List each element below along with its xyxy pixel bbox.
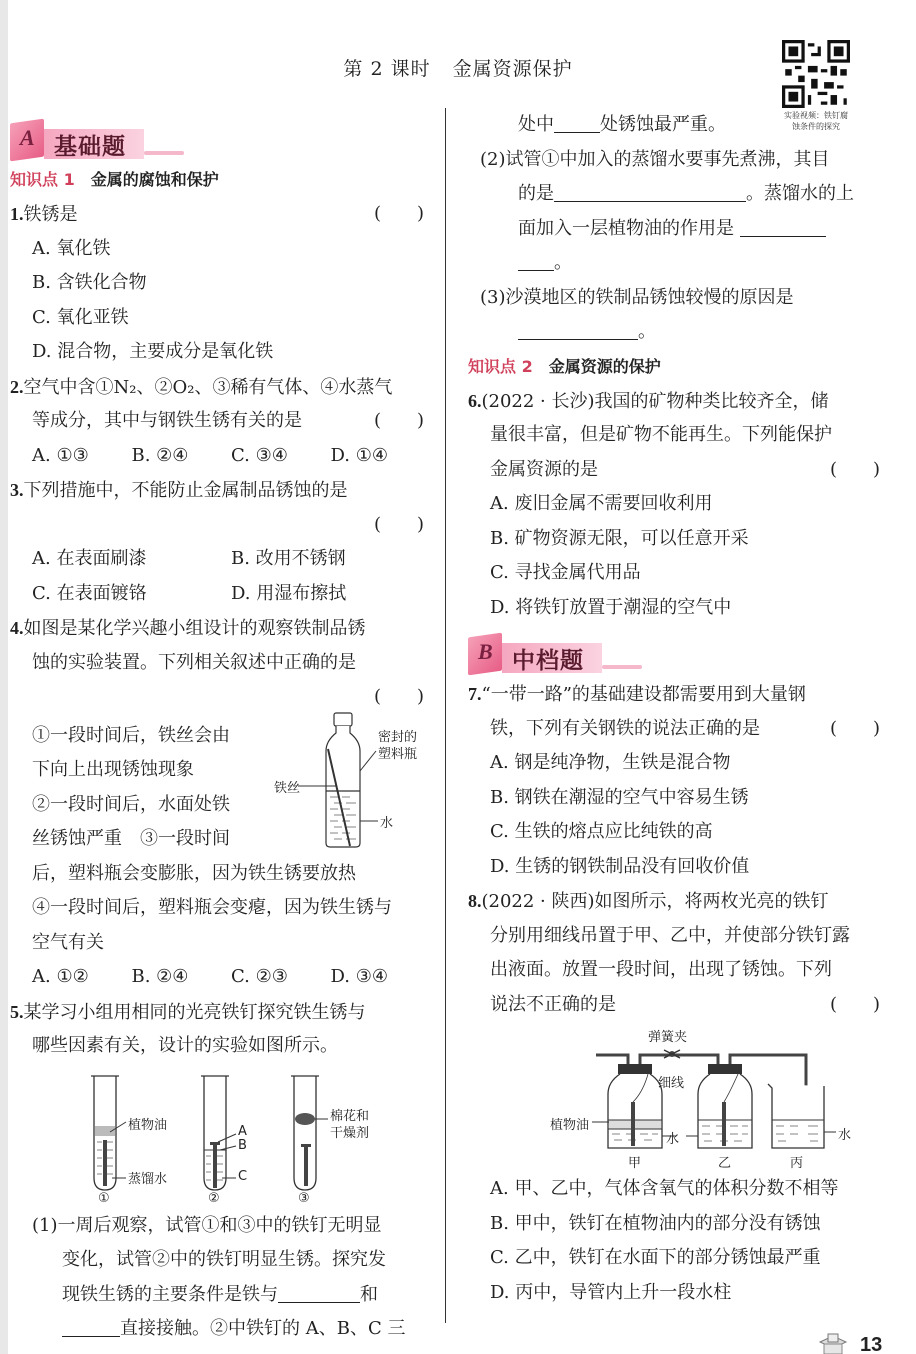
answer-blank[interactable] xyxy=(518,250,554,271)
question-7: 7.“一带一路”的基础建设都需要用到大量钢 铁，下列有关钢铁的说法正确的是() … xyxy=(468,677,886,884)
options-row: A. ①② B. ②④ C. ②③ D. ③④ xyxy=(10,960,430,995)
option-c: C. ②③ xyxy=(231,960,331,995)
answer-blank[interactable] xyxy=(62,1316,120,1337)
option-d: D. ③④ xyxy=(331,960,431,995)
statement-line: 空气有关 xyxy=(10,926,430,961)
label-distilled-water: 蒸馏水 xyxy=(128,1168,167,1187)
option-b: B. ②④ xyxy=(132,960,232,995)
answer-blank[interactable] xyxy=(740,216,826,237)
subquestion-line: (2)试管①中加入的蒸馏水要事先煮沸，其目 xyxy=(468,143,886,178)
subquestion-line: (1)一周后观察，试管①和③中的铁钉无明显 xyxy=(10,1209,430,1244)
answer-blank[interactable] xyxy=(554,112,600,133)
question-2: 2.空气中含①N₂、②O₂、③稀有气体、④水蒸气 等成分，其中与钢铁生锈有关的是… xyxy=(10,370,430,474)
kp-tag: 知识点 2 xyxy=(468,357,533,376)
column-divider xyxy=(445,108,446,1323)
question-number: 4. xyxy=(10,618,24,638)
question-stem: 空气中含①N₂、②O₂、③稀有气体、④水蒸气 xyxy=(24,377,393,398)
question-stem: 金属资源的是 xyxy=(490,459,598,480)
option-c: C. 氧化亚铁 xyxy=(10,301,430,336)
page-edge xyxy=(0,0,8,1354)
label-iron-wire: 铁丝 xyxy=(274,777,300,796)
question-stem: 说法不正确的是 xyxy=(490,994,616,1015)
option-a: A. 甲、乙中，气体含氧气的体积分数不相等 xyxy=(468,1172,886,1207)
question-stem: (2022 · 长沙)我国的矿物种类比较齐全，储 xyxy=(482,391,829,412)
subquestion-line: 面加入一层植物油的作用是 xyxy=(518,218,734,239)
answer-bracket[interactable]: () xyxy=(374,197,424,232)
label-cotton-desiccant: 干燥剂 xyxy=(330,1125,369,1142)
page-title: 第 2 课时金属资源保护 xyxy=(0,54,916,81)
options-row: A. ①③ B. ②④ C. ③④ D. ①④ xyxy=(10,439,430,474)
label-sealed-bottle: 塑料瓶 xyxy=(378,746,417,763)
question-number: 8. xyxy=(468,891,482,911)
option-b: B. ②④ xyxy=(132,439,232,474)
answer-bracket[interactable]: () xyxy=(374,404,424,439)
label-tube-2: ② xyxy=(208,1191,220,1206)
answer-bracket[interactable]: () xyxy=(830,453,880,488)
question-8: 8.(2022 · 陕西)如图所示，将两枚光亮的铁钉 分别用细线吊置于甲、乙中，… xyxy=(468,884,886,1310)
option-d: D. 将铁钉放置于潮湿的空气中 xyxy=(468,591,886,626)
option-d: D. 生锈的钢铁制品没有回收价值 xyxy=(468,850,886,885)
label-vegetable-oil: 植物油 xyxy=(128,1114,167,1133)
question-number: 2. xyxy=(10,377,24,397)
question-number: 7. xyxy=(468,684,482,704)
statement-line: 后，塑料瓶会变膨胀，因为铁生锈要放热 xyxy=(10,857,430,892)
subquestion-line: 处中 xyxy=(518,114,554,135)
subquestion-line: (3)沙漠地区的铁制品锈蚀较慢的原因是 xyxy=(468,281,886,316)
option-c: C. 乙中，铁钉在水面下的部分锈蚀最严重 xyxy=(468,1241,886,1276)
answer-bracket[interactable]: () xyxy=(830,712,880,747)
options-row: C. 在表面镀铬 D. 用湿布擦拭 xyxy=(10,577,430,612)
graduation-cap-icon xyxy=(818,1332,848,1354)
option-b: B. 改用不锈钢 xyxy=(231,542,430,577)
question-stem: 分别用细线吊置于甲、乙中，并使部分铁钉露 xyxy=(468,919,886,954)
option-c: C. ③④ xyxy=(231,439,331,474)
section-letter: B xyxy=(478,639,493,665)
options-row: A. 在表面刷漆 B. 改用不锈钢 xyxy=(10,542,430,577)
question-stem: 铁锈是 xyxy=(24,204,78,225)
section-banner-b: B 中档题 xyxy=(468,629,886,677)
option-c: C. 寻找金属代用品 xyxy=(468,556,886,591)
option-d: D. 用湿布擦拭 xyxy=(231,577,430,612)
option-b: B. 矿物资源无限，可以任意开采 xyxy=(468,522,886,557)
question-stem: 铁，下列有关钢铁的说法正确的是 xyxy=(490,718,760,739)
option-a: A. 钢是纯净物，生铁是混合物 xyxy=(468,746,886,781)
section-label: 基础题 xyxy=(54,128,126,161)
option-b: B. 含铁化合物 xyxy=(10,266,430,301)
question-3: 3.下列措施中，不能防止金属制品锈蚀的是 () A. 在表面刷漆 B. 改用不锈… xyxy=(10,473,430,611)
question-stem: (2022 · 陕西)如图所示，将两枚光亮的铁钉 xyxy=(482,891,829,912)
option-c: C. 在表面镀铬 xyxy=(32,577,231,612)
right-column: 处中处锈蚀最严重。 (2)试管①中加入的蒸馏水要事先煮沸，其目 的是。蒸馏水的上… xyxy=(468,108,886,1310)
banner-tail xyxy=(144,151,184,155)
answer-bracket[interactable]: () xyxy=(374,680,424,715)
question-stem: 出液面。放置一段时间，出现了锈蚀。下列 xyxy=(468,953,886,988)
option-d: D. 丙中，导管内上升一段水柱 xyxy=(468,1276,886,1311)
label-cotton-desiccant: 棉花和 xyxy=(330,1108,369,1125)
left-column: A 基础题 知识点 1金属的腐蚀和保护 1.铁锈是() A. 氧化铁 B. 含铁… xyxy=(10,115,430,1347)
option-a: A. 废旧金属不需要回收利用 xyxy=(468,487,886,522)
question-stem: 等成分，其中与钢铁生锈有关的是 xyxy=(32,410,302,431)
question-stem: 量很丰富，但是矿物不能再生。下列能保护 xyxy=(468,418,886,453)
option-a: A. ①② xyxy=(32,960,132,995)
answer-blank[interactable] xyxy=(278,1282,360,1303)
kp-tag: 知识点 1 xyxy=(10,170,75,189)
subquestion-3: (3)沙漠地区的铁制品锈蚀较慢的原因是 。 xyxy=(468,281,886,350)
answer-bracket[interactable]: () xyxy=(374,508,424,543)
statement-line: ④一段时间后，塑料瓶会变瘪，因为铁生锈与 xyxy=(10,891,430,926)
question-stem: 下列措施中，不能防止金属制品锈蚀的是 xyxy=(24,480,348,501)
option-a: A. ①③ xyxy=(32,439,132,474)
label-tube-3: ③ xyxy=(298,1191,310,1206)
subquestion-line: 的是 xyxy=(518,183,554,204)
subquestion-1: (1)一周后观察，试管①和③中的铁钉无明显 变化，试管②中的铁钉明显生锈。探究发… xyxy=(10,1209,430,1347)
question-stem: 某学习小组用相同的光亮铁钉探究铁生锈与 xyxy=(24,1002,366,1023)
label-beaker-bing: 丙 xyxy=(790,1152,803,1171)
question-number: 3. xyxy=(10,480,24,500)
subquestion-line: 处锈蚀最严重。 xyxy=(600,114,726,135)
label-bottle-yi: 乙 xyxy=(718,1152,731,1171)
subquestion-2: (2)试管①中加入的蒸馏水要事先煮沸，其目 的是。蒸馏水的上 面加入一层植物油的… xyxy=(468,143,886,281)
subquestion-line: 。蒸馏水的上 xyxy=(746,183,854,204)
question-4: 4.如图是某化学兴趣小组设计的观察铁制品锈 蚀的实验装置。下列相关叙述中正确的是… xyxy=(10,611,430,995)
kp-title: 金属资源的保护 xyxy=(549,357,661,376)
subquestion-line: 。 xyxy=(554,252,572,273)
label-thread: 细线 xyxy=(658,1072,684,1091)
label-water: 水 xyxy=(666,1128,679,1147)
subquestion-line: 直接接触。②中铁钉的 A、B、C 三 xyxy=(120,1318,405,1339)
label-point-c: C xyxy=(238,1169,247,1184)
question-number: 6. xyxy=(468,391,482,411)
answer-blank[interactable] xyxy=(554,181,746,202)
bottles-figure: 弹簧夹 细线 植物油 水 水 甲 乙 丙 xyxy=(468,1022,886,1172)
subquestion-line: 和 xyxy=(360,1284,378,1305)
label-spring-clip: 弹簧夹 xyxy=(648,1026,687,1045)
question-6: 6.(2022 · 长沙)我国的矿物种类比较齐全，储 量很丰富，但是矿物不能再生… xyxy=(468,384,886,626)
kp-title: 金属的腐蚀和保护 xyxy=(91,170,219,189)
option-b: B. 钢铁在潮湿的空气中容易生锈 xyxy=(468,781,886,816)
knowledge-point-2: 知识点 2金属资源的保护 xyxy=(468,350,886,384)
option-b: B. 甲中，铁钉在植物油内的部分没有锈蚀 xyxy=(468,1207,886,1242)
option-d: D. 混合物，主要成分是氧化铁 xyxy=(10,335,430,370)
question-stem: 蚀的实验装置。下列相关叙述中正确的是 xyxy=(10,646,430,681)
label-bottle-jia: 甲 xyxy=(628,1152,641,1171)
label-point-b: B xyxy=(238,1138,247,1153)
option-d: D. ①④ xyxy=(331,439,431,474)
banner-tail xyxy=(602,665,642,669)
label-vegetable-oil: 植物油 xyxy=(550,1114,589,1133)
answer-blank[interactable] xyxy=(518,319,638,340)
label-tube-1: ① xyxy=(98,1191,110,1206)
subquestion-line: 。 xyxy=(638,321,656,342)
bottle-figure: 密封的 塑料瓶 铁丝 水 xyxy=(278,711,438,851)
label-sealed-bottle: 密封的 xyxy=(378,729,417,746)
subquestion-line: 变化，试管②中的铁钉明显生锈。探究发 xyxy=(10,1243,430,1278)
section-banner-a: A 基础题 xyxy=(10,115,430,163)
section-label: 中档题 xyxy=(512,642,584,675)
section-letter: A xyxy=(20,125,35,151)
label-water: 水 xyxy=(380,812,393,831)
lesson-topic: 金属资源保护 xyxy=(453,58,573,80)
option-a: A. 氧化铁 xyxy=(10,232,430,267)
knowledge-point-1: 知识点 1金属的腐蚀和保护 xyxy=(10,163,430,197)
option-a: A. 在表面刷漆 xyxy=(32,542,231,577)
lesson-label: 第 2 课时 xyxy=(343,58,430,80)
question-stem: “一带一路”的基础建设都需要用到大量钢 xyxy=(482,684,806,705)
label-water: 水 xyxy=(838,1124,851,1143)
question-number: 5. xyxy=(10,1002,24,1022)
label-point-a: A xyxy=(238,1124,247,1139)
question-stem: 哪些因素有关，设计的实验如图所示。 xyxy=(10,1029,430,1064)
test-tubes-figure: 植物油 蒸馏水 A B C 棉花和 干燥剂 ① ② ③ xyxy=(10,1064,430,1209)
question-1: 1.铁锈是() A. 氧化铁 B. 含铁化合物 C. 氧化亚铁 D. 混合物，主… xyxy=(10,197,430,370)
qr-code-icon[interactable] xyxy=(782,40,850,108)
question-number: 1. xyxy=(10,204,24,224)
question-stem: 如图是某化学兴趣小组设计的观察铁制品锈 xyxy=(24,618,366,639)
subquestion-line: 现铁生锈的主要条件是铁与 xyxy=(62,1284,278,1305)
option-c: C. 生铁的熔点应比纯铁的高 xyxy=(468,815,886,850)
question-5: 5.某学习小组用相同的光亮铁钉探究铁生锈与 哪些因素有关，设计的实验如图所示。 xyxy=(10,995,430,1347)
page-number: 13 xyxy=(860,1334,882,1354)
answer-bracket[interactable]: () xyxy=(830,988,880,1023)
